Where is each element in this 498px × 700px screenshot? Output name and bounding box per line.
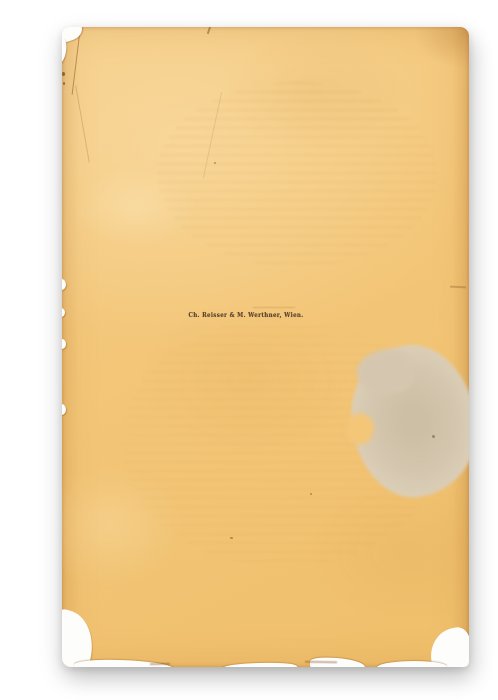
water-stain-lobe bbox=[357, 349, 415, 395]
book-cover: Ch. Reisser & M. Werthner, Wien. bbox=[62, 27, 469, 667]
printer-imprint: Ch. Reisser & M. Werthner, Wien. bbox=[188, 311, 303, 319]
left-edge-mark bbox=[63, 82, 65, 85]
fox-speck bbox=[310, 493, 312, 495]
photo-background: Ch. Reisser & M. Werthner, Wien. bbox=[0, 0, 498, 700]
stain-speck bbox=[432, 435, 435, 438]
left-edge-mark bbox=[62, 72, 65, 76]
imprint-rule bbox=[253, 307, 295, 308]
tear-shadow bbox=[150, 663, 170, 665]
fox-speck bbox=[230, 537, 233, 539]
fox-speck bbox=[214, 162, 216, 164]
text-showthrough-upper bbox=[157, 82, 437, 267]
